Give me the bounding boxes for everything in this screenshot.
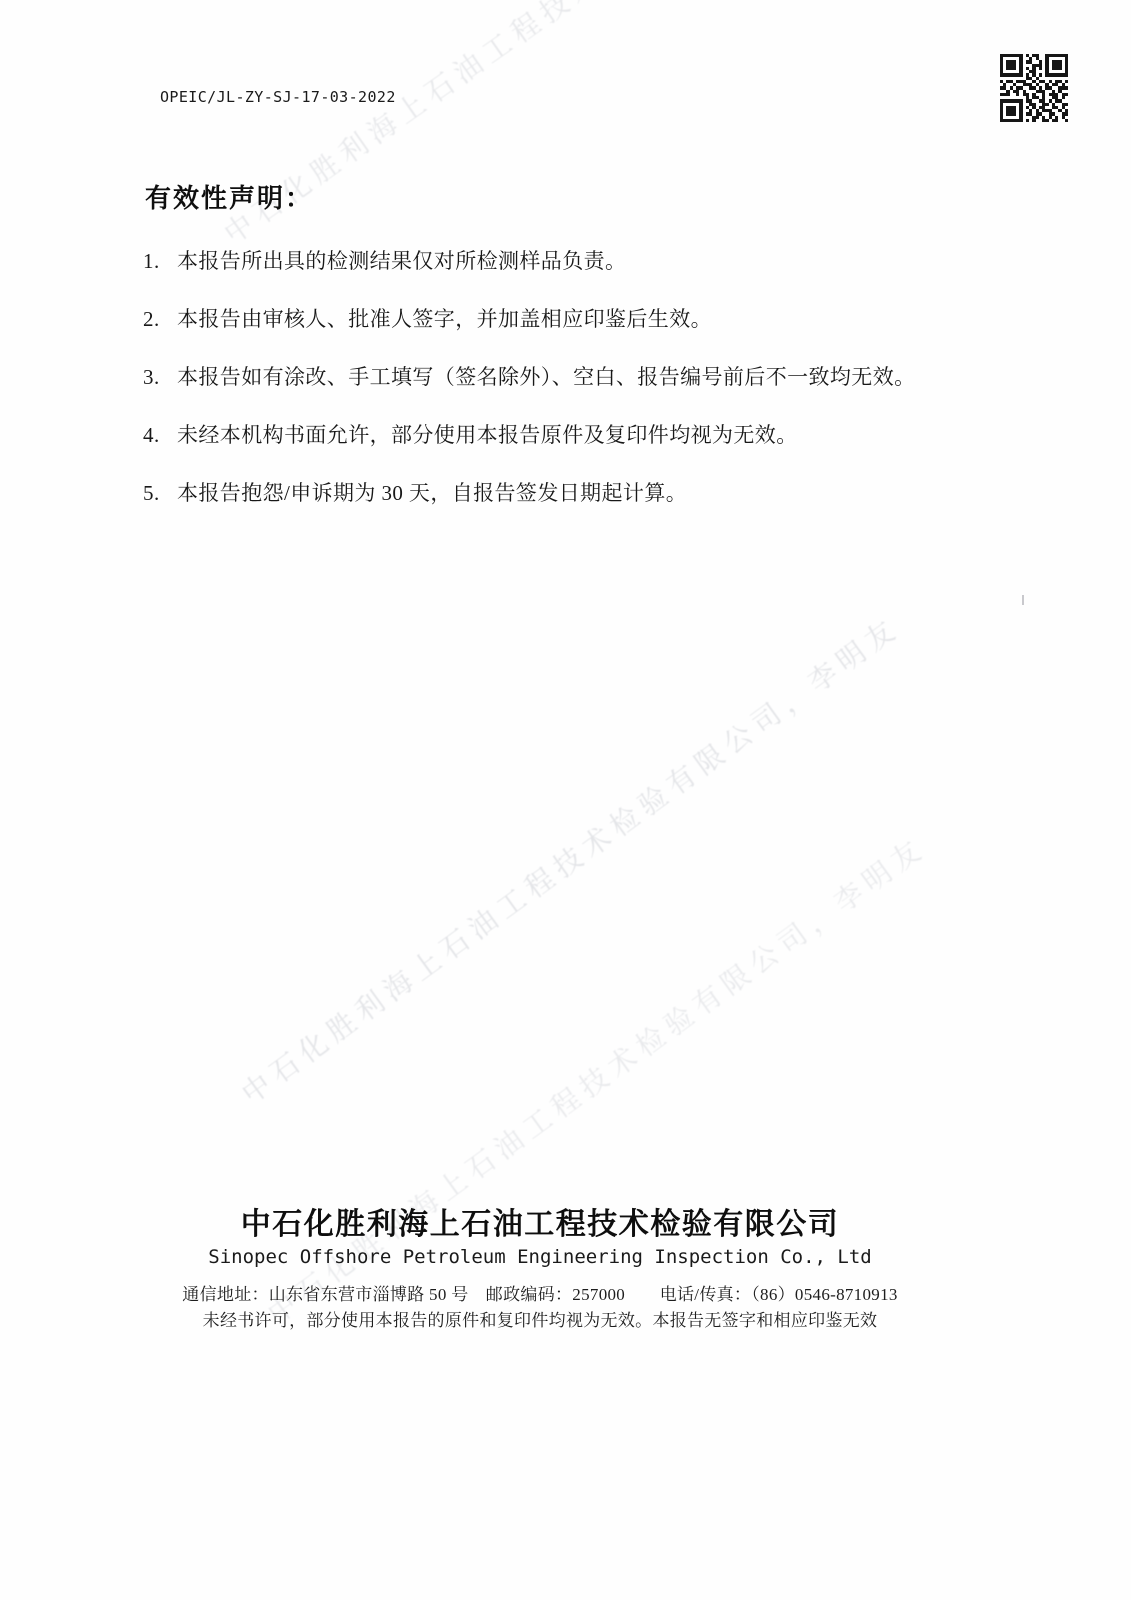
list-item-number: 1. (143, 248, 177, 275)
company-name-cn: 中石化胜利海上石油工程技术检验有限公司 (0, 1206, 1080, 1244)
list-item-text: 本报告抱怨/申诉期为 30 天，自报告签发日期起计算。 (177, 480, 1023, 507)
list-item-text: 未经本机构书面允许，部分使用本报告原件及复印件均视为无效。 (177, 422, 1023, 449)
list-item-number: 3. (143, 364, 177, 391)
watermark-top: 中石化胜利海上石油工程技术检验有限公司，李明友 (215, 0, 897, 252)
list-item-number: 5. (143, 480, 177, 507)
company-address-line: 通信地址：山东省东营市淄博路 50 号 邮政编码：257000 电话/传真：（8… (0, 1283, 1080, 1306)
list-item: 1. 本报告所出具的检测结果仅对所检测样品负责。 (143, 248, 1023, 275)
list-item: 5. 本报告抱怨/申诉期为 30 天，自报告签发日期起计算。 (143, 480, 1023, 507)
statements-list: 1. 本报告所出具的检测结果仅对所检测样品负责。 2. 本报告由审核人、批准人签… (143, 248, 1023, 538)
list-item-number: 4. (143, 422, 177, 449)
page-title: 有效性声明： (145, 178, 313, 215)
scan-artifact (1022, 595, 1024, 605)
footer-notice-line: 未经书许可，部分使用本报告的原件和复印件均视为无效。本报告无签字和相应印鉴无效 (0, 1309, 1080, 1332)
list-item-text: 本报告所出具的检测结果仅对所检测样品负责。 (177, 248, 1023, 275)
list-item-number: 2. (143, 306, 177, 333)
list-item-text: 本报告由审核人、批准人签字，并加盖相应印鉴后生效。 (177, 306, 1023, 333)
qr-code (1000, 54, 1068, 122)
list-item-text: 本报告如有涂改、手工填写（签名除外）、空白、报告编号前后不一致均无效。 (177, 364, 1023, 391)
report-validity-page: 中石化胜利海上石油工程技术检验有限公司，李明友 中石化胜利海上石油工程技术检验有… (0, 0, 1131, 1600)
list-item: 2. 本报告由审核人、批准人签字，并加盖相应印鉴后生效。 (143, 306, 1023, 333)
list-item: 3. 本报告如有涂改、手工填写（签名除外）、空白、报告编号前后不一致均无效。 (143, 364, 1023, 391)
list-item: 4. 未经本机构书面允许，部分使用本报告原件及复印件均视为无效。 (143, 422, 1023, 449)
document-code: OPEIC/JL-ZY-SJ-17-03-2022 (160, 88, 396, 106)
company-name-en: Sinopec Offshore Petroleum Engineering I… (0, 1245, 1080, 1269)
watermark-middle: 中石化胜利海上石油工程技术检验有限公司，李明友 (232, 606, 907, 1112)
footer: 中石化胜利海上石油工程技术检验有限公司 Sinopec Offshore Pet… (0, 1206, 1080, 1332)
